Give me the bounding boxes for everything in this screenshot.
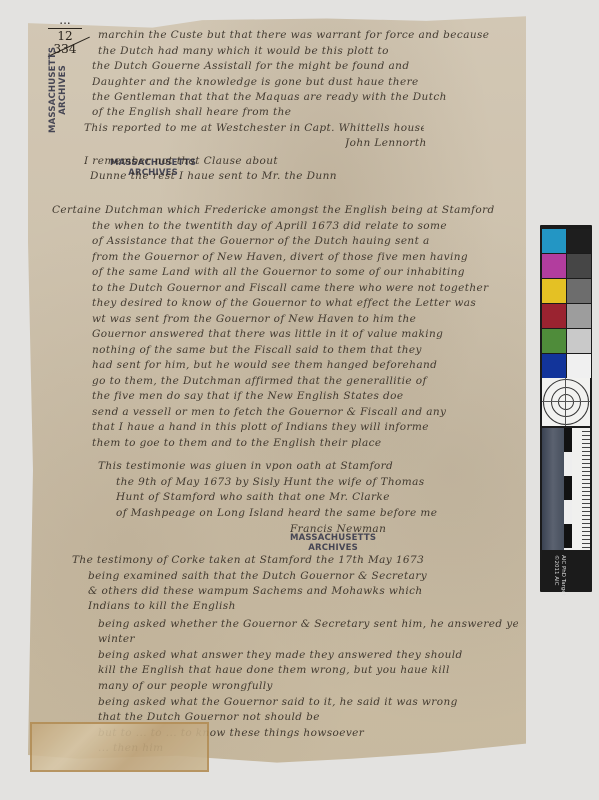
archives-stamp-middle: MASSACHUSETTS ARCHIVES bbox=[290, 533, 376, 553]
swatch-magenta bbox=[542, 254, 566, 278]
text-line: had sent for him, but he would see them … bbox=[92, 359, 517, 371]
text-line: This reported to me at Westchester in Ca… bbox=[84, 122, 424, 134]
text-line: Indians to kill the English bbox=[88, 600, 268, 612]
text-line: nothing of the same but the Fiscall said… bbox=[92, 344, 517, 356]
swatch-green bbox=[542, 329, 566, 353]
text-line: & others did these wampum Sachems and Mo… bbox=[88, 585, 513, 597]
archives-stamp-vertical: MASSACHUSETTS ARCHIVES bbox=[48, 47, 68, 133]
text-line: the 9th of May 1673 by Sisly Hunt the wi… bbox=[116, 476, 516, 488]
text-line: I remember not that Clause about bbox=[84, 155, 304, 167]
text-line: being asked what the Gouernor said to it… bbox=[98, 696, 518, 708]
text-line: being examined saith that the Dutch Goue… bbox=[88, 570, 513, 582]
text-line: the five men do say that if the New Engl… bbox=[92, 390, 517, 402]
text-line: many of our people wrongfully bbox=[98, 680, 318, 692]
gray-reference-strip bbox=[542, 428, 564, 550]
text-line: the Dutch Gouerne Assistall for the migh… bbox=[92, 60, 512, 72]
text-line: kill the English that haue done them wro… bbox=[98, 664, 518, 676]
text-line: to the Dutch Gouernor and Fiscall came t… bbox=[92, 282, 517, 294]
text-line: of the same Land with all the Gouernor t… bbox=[92, 266, 517, 278]
swatch-cyan bbox=[542, 229, 566, 253]
text-line: Hunt of Stamford who saith that one Mr. … bbox=[116, 491, 516, 503]
text-line: wt was sent from the Gouernor of New Hav… bbox=[92, 313, 517, 325]
text-line: they desired to know of the Gouernor to … bbox=[92, 297, 517, 309]
text-line: them to goe to them and to the English t… bbox=[92, 437, 432, 449]
measurement-ruler bbox=[572, 428, 590, 550]
text-line: that I haue a hand in this plott of Indi… bbox=[92, 421, 517, 433]
text-line: Daughter and the knowledge is gone but d… bbox=[92, 76, 512, 88]
bullseye-target-icon bbox=[542, 378, 590, 426]
bw-scale-bar bbox=[564, 428, 572, 550]
swatch-gray-2 bbox=[567, 254, 591, 278]
swatch-yellow bbox=[542, 279, 566, 303]
text-line: of Mashpeage on Long Island heard the sa… bbox=[116, 507, 516, 519]
text-line: the Dutch had many which it would be thi… bbox=[98, 45, 518, 57]
swatch-red bbox=[542, 304, 566, 328]
swatch-blue bbox=[542, 354, 566, 378]
folio-top-mark: ... bbox=[48, 14, 82, 27]
text-line: This testimonie was giuen in vpon oath a… bbox=[98, 460, 516, 472]
text-line: being asked what answer they made they a… bbox=[98, 649, 518, 661]
text-line: Dunne the rest I haue sent to Mr. the Du… bbox=[90, 170, 370, 182]
text-line: being asked whether the Gouernor & Secre… bbox=[98, 618, 518, 630]
swatch-gray-6 bbox=[567, 354, 591, 378]
text-line: the when to the twentith day of Aprill 1… bbox=[92, 220, 517, 232]
text-line: winter bbox=[98, 633, 178, 645]
text-line: Gouernor answered that there was little … bbox=[92, 328, 517, 340]
text-line: of Assistance that the Gouernor of the D… bbox=[92, 235, 517, 247]
text-line: from the Gouernor of New Haven, divert o… bbox=[92, 251, 517, 263]
text-line: send a vessell or men to fetch the Gouer… bbox=[92, 406, 517, 418]
swatch-gray-3 bbox=[567, 279, 591, 303]
text-line: The testimony of Corke taken at Stamford… bbox=[72, 554, 512, 566]
calibration-target: AIC PhD Target ©2011 AIC bbox=[540, 225, 592, 592]
target-label: AIC PhD Target ©2011 AIC bbox=[552, 555, 566, 596]
signature: John Lennorth bbox=[345, 137, 465, 149]
text-line: the Gentleman that that the Maquas are r… bbox=[92, 91, 512, 103]
swatch-gray-5 bbox=[567, 329, 591, 353]
text-line: go to them, the Dutchman affirmed that t… bbox=[92, 375, 517, 387]
swatch-gray-1 bbox=[567, 229, 591, 253]
text-line: marchin the Custe but that there was war… bbox=[98, 29, 518, 41]
text-line: of the English shall heare from them bbox=[92, 106, 292, 118]
swatch-gray-4 bbox=[567, 304, 591, 328]
repair-patch bbox=[30, 722, 209, 772]
signature: Francis Newman bbox=[290, 523, 420, 535]
text-line: Certaine Dutchman which Fredericke among… bbox=[52, 204, 522, 216]
